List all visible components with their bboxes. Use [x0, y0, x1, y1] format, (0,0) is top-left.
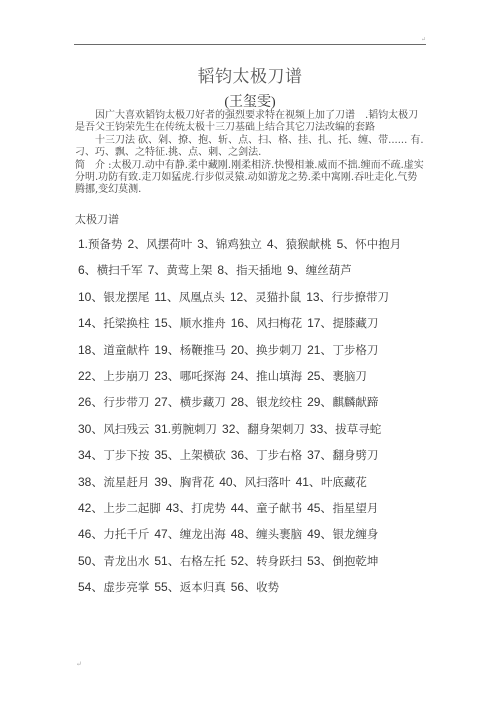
move-number: 35、 — [154, 448, 179, 462]
move-number: 31. — [154, 422, 171, 436]
move-name: 麒麟献蹄 — [332, 395, 378, 409]
move-name: 丁步右格 — [256, 448, 302, 462]
moves-list: 1.预备势2、风摆荷叶3、锦鸡独立4、猿猴献桃5、怀中抱月6、横扫千军7、黄莺上… — [78, 236, 438, 605]
move-number: 25、 — [307, 369, 332, 383]
move-number: 9、 — [287, 263, 306, 277]
move-name: 右格左托 — [180, 554, 226, 568]
move-number: 27、 — [154, 395, 179, 409]
list-item: 54、虚步亮掌55、返本归真56、收势 — [78, 579, 438, 605]
list-item: 6、横扫千军7、黄莺上架8、指天插地9、缠丝葫芦 — [78, 262, 438, 288]
move-name: 风摆荷叶 — [146, 237, 192, 251]
move-number: 55、 — [154, 580, 179, 594]
move-name: 流星赶月 — [103, 475, 149, 489]
move-number: 10、 — [78, 290, 103, 304]
intro-paragraph: 因广大喜欢韬钧太极刀好者的强烈要求特在视频上加了刀谱 .韬钧太极刀是吾父王钧荣先… — [75, 110, 427, 197]
move-number: 44、 — [231, 501, 256, 515]
move-name: 预备势 — [88, 237, 123, 251]
move-name: 上架横砍 — [180, 448, 226, 462]
move-name: 童子献书 — [256, 501, 302, 515]
move-number: 37、 — [307, 448, 332, 462]
document-author: (王玺雯) — [0, 91, 500, 111]
move-name: 哪吒探海 — [180, 369, 226, 383]
move-number: 36、 — [231, 448, 256, 462]
move-name: 行步撩带刀 — [332, 290, 390, 304]
move-name: 风扫梅花 — [256, 316, 302, 330]
list-item: 50、青龙出水51、右格左托52、转身跃扫53、倒抱乾坤 — [78, 553, 438, 579]
move-name: 力托千斤 — [103, 527, 149, 541]
move-number: 50、 — [78, 554, 103, 568]
move-name: 凤凰点头 — [179, 290, 225, 304]
move-number: 32、 — [222, 422, 247, 436]
move-number: 34、 — [78, 448, 103, 462]
move-name: 道童献杵 — [103, 343, 149, 357]
move-name: 横步藏刀 — [180, 395, 226, 409]
move-name: 收势 — [256, 580, 279, 594]
move-name: 拔草寻蛇 — [335, 422, 381, 436]
move-name: 托梁换柱 — [103, 316, 149, 330]
list-item: 46、力托千斤47、缠龙出海48、缠头裹脑49、银龙缠身 — [78, 526, 438, 552]
document-title: 韬钧太极刀谱 — [0, 62, 500, 87]
move-number: 17、 — [307, 316, 332, 330]
move-name: 翻身架刺刀 — [247, 422, 305, 436]
move-name: 怀中抱月 — [355, 237, 401, 251]
move-name: 倒抱乾坤 — [332, 554, 378, 568]
move-name: 丁步下按 — [103, 448, 149, 462]
move-number: 40、 — [219, 475, 244, 489]
move-number: 28、 — [231, 395, 256, 409]
move-name: 指星望月 — [332, 501, 378, 515]
list-item: 30、风扫残云31.剪腕刺刀32、翻身架刺刀33、拔草寻蛇 — [78, 421, 438, 447]
move-name: 打虎势 — [191, 501, 226, 515]
section-title: 太极刀谱 — [75, 211, 119, 227]
move-number: 43、 — [166, 501, 191, 515]
move-number: 30、 — [78, 422, 103, 436]
move-name: 换步刺刀 — [256, 343, 302, 357]
move-number: 38、 — [78, 475, 103, 489]
move-name: 剪腕刺刀 — [171, 422, 217, 436]
move-number: 26、 — [78, 395, 103, 409]
move-number: 7、 — [148, 263, 167, 277]
move-number: 15、 — [154, 316, 179, 330]
paragraph-mark: ↵ — [76, 660, 82, 668]
move-name: 杨鞭推马 — [180, 343, 226, 357]
move-name: 叶底藏花 — [321, 475, 367, 489]
list-item: 10、银龙摆尾11、凤凰点头12、灵猫扑鼠13、行步撩带刀 — [78, 289, 438, 315]
move-number: 4、 — [267, 237, 286, 251]
move-name: 上步崩刀 — [103, 369, 149, 383]
move-number: 29、 — [307, 395, 332, 409]
move-name: 缠头裹脑 — [256, 527, 302, 541]
move-name: 横扫千军 — [97, 263, 143, 277]
list-item: 26、行步带刀27、横步藏刀28、银龙绞柱29、麒麟献蹄 — [78, 394, 438, 420]
move-name: 提膝藏刀 — [332, 316, 378, 330]
move-number: 20、 — [231, 343, 256, 357]
move-name: 银龙摆尾 — [103, 290, 149, 304]
move-name: 丁步格刀 — [332, 343, 378, 357]
techniques-text: 十三刀法 砍、剁、撩、抱、斩、点、扫、格、挂、扎、托、缠、带...... 有.刁… — [75, 135, 427, 160]
move-number: 2、 — [128, 237, 147, 251]
move-number: 8、 — [217, 263, 236, 277]
move-name: 上步二起脚 — [103, 501, 161, 515]
header-rule — [74, 44, 426, 45]
list-item: 1.预备势2、风摆荷叶3、锦鸡独立4、猿猴献桃5、怀中抱月 — [78, 236, 438, 262]
move-name: 风扫落叶 — [245, 475, 291, 489]
move-name: 行步带刀 — [103, 395, 149, 409]
move-number: 24、 — [231, 369, 256, 383]
move-number: 42、 — [78, 501, 103, 515]
move-name: 返本归真 — [180, 580, 226, 594]
move-number: 1. — [78, 237, 88, 251]
list-item: 38、流星赶月39、胸背花40、风扫落叶41、叶底藏花 — [78, 474, 438, 500]
move-number: 13、 — [306, 290, 331, 304]
move-name: 银龙缠身 — [332, 527, 378, 541]
move-name: 缠丝葫芦 — [306, 263, 352, 277]
move-name: 顺水推舟 — [180, 316, 226, 330]
move-number: 11、 — [154, 290, 178, 304]
move-name: 虚步亮掌 — [103, 580, 149, 594]
move-number: 19、 — [154, 343, 179, 357]
move-name: 猿猴献桃 — [286, 237, 332, 251]
list-item: 18、道童献杵19、杨鞭推马20、换步刺刀21、丁步格刀 — [78, 342, 438, 368]
move-name: 灵猫扑鼠 — [255, 290, 301, 304]
move-name: 推山填海 — [256, 369, 302, 383]
move-number: 53、 — [307, 554, 332, 568]
move-name: 锦鸡独立 — [216, 237, 262, 251]
move-name: 青龙出水 — [103, 554, 149, 568]
move-name: 银龙绞柱 — [256, 395, 302, 409]
paragraph-mark: ↵ — [421, 36, 426, 43]
move-number: 21、 — [307, 343, 332, 357]
move-number: 52、 — [231, 554, 256, 568]
move-name: 裹脑刀 — [332, 369, 367, 383]
list-item: 22、上步崩刀23、哪吒探海24、推山填海25、裹脑刀 — [78, 368, 438, 394]
move-number: 46、 — [78, 527, 103, 541]
move-number: 51、 — [154, 554, 179, 568]
move-name: 胸背花 — [180, 475, 215, 489]
move-number: 48、 — [231, 527, 256, 541]
move-number: 23、 — [154, 369, 179, 383]
move-number: 16、 — [231, 316, 256, 330]
move-number: 45、 — [307, 501, 332, 515]
move-number: 56、 — [231, 580, 256, 594]
move-number: 54、 — [78, 580, 103, 594]
move-number: 39、 — [154, 475, 179, 489]
move-number: 5、 — [337, 237, 356, 251]
intro-text: 因广大喜欢韬钧太极刀好者的强烈要求特在视频上加了刀谱 .韬钧太极刀是吾父王钧荣先… — [75, 110, 427, 135]
move-name: 缠龙出海 — [180, 527, 226, 541]
move-number: 47、 — [154, 527, 179, 541]
move-number: 49、 — [307, 527, 332, 541]
move-name: 风扫残云 — [103, 422, 149, 436]
move-name: 黄莺上架 — [166, 263, 212, 277]
move-number: 12、 — [230, 290, 255, 304]
move-name: 转身跃扫 — [256, 554, 302, 568]
move-number: 6、 — [78, 263, 97, 277]
move-number: 33、 — [310, 422, 335, 436]
list-item: 42、上步二起脚43、打虎势44、童子献书45、指星望月 — [78, 500, 438, 526]
move-number: 18、 — [78, 343, 103, 357]
list-item: 34、丁步下按35、上架横砍36、丁步右格37、翻身劈刀 — [78, 447, 438, 473]
move-name: 指天插地 — [236, 263, 282, 277]
move-number: 14、 — [78, 316, 103, 330]
move-number: 41、 — [296, 475, 321, 489]
move-number: 3、 — [197, 237, 216, 251]
summary-text: 简 介 :太极刀.动中有静.柔中藏刚.刚柔相济.快慢相兼.威而不拙.缠而不疏.虚… — [75, 160, 427, 197]
list-item: 14、托梁换柱15、顺水推舟16、风扫梅花17、提膝藏刀 — [78, 315, 438, 341]
move-name: 翻身劈刀 — [332, 448, 378, 462]
move-number: 22、 — [78, 369, 103, 383]
